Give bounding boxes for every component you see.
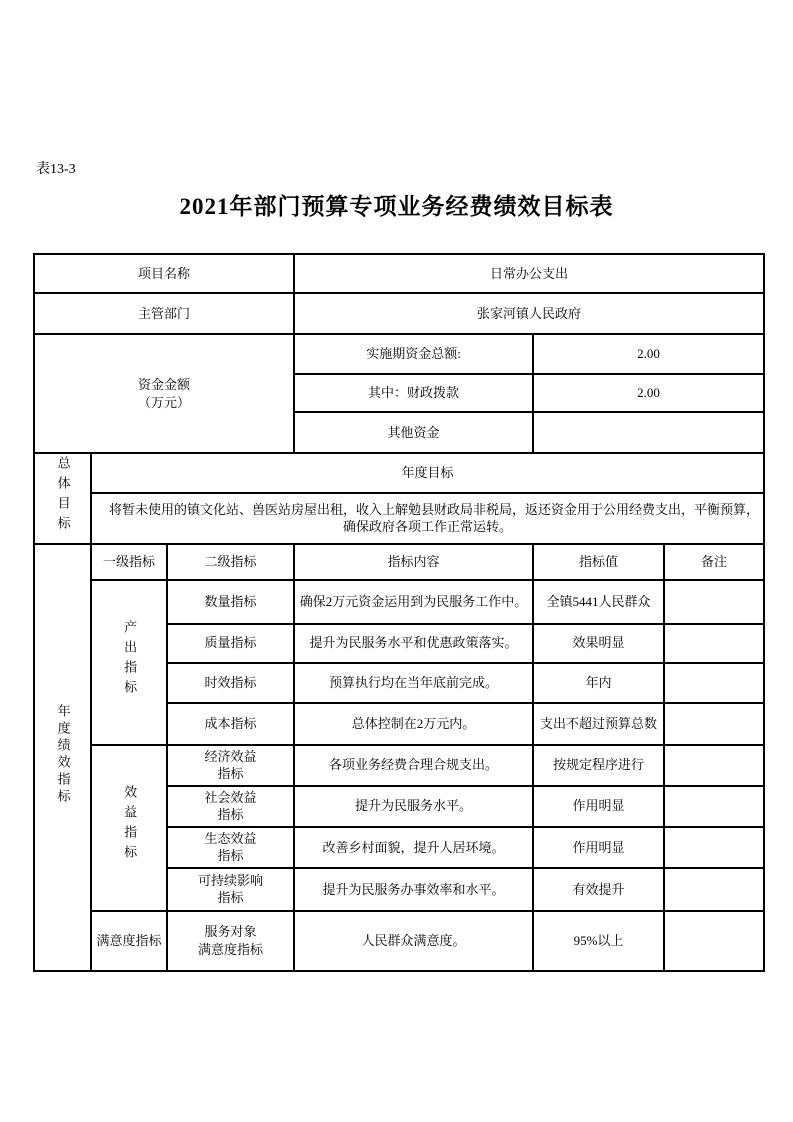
performance-target-table: 项目名称 日常办公支出 主管部门 张家河镇人民政府 资金金额 （万元） 实施期资… xyxy=(33,253,765,972)
annual-goal-text: 将暂未使用的镇文化站、兽医站房屋出租，收入上解勉县财政局非税局，返还资金用于公用… xyxy=(91,493,764,544)
annual-performance-vertical-text: 年度绩效指标 xyxy=(55,704,69,806)
output-indicator-vertical-text: 产出指标 xyxy=(122,620,136,700)
fund-fiscal-label: 其中：财政拨款 xyxy=(294,374,533,412)
indicator-content: 预算执行均在当年底前完成。 xyxy=(294,663,533,703)
annual-performance-label: 年度绩效指标 xyxy=(34,544,91,971)
indicator-level2: 社会效益 指标 xyxy=(167,786,294,827)
indicator-value: 效果明显 xyxy=(533,624,664,663)
indicator-value: 95%以上 xyxy=(533,911,664,971)
fund-other-label: 其他资金 xyxy=(294,412,533,453)
indicator-content: 提升为民服务水平和优惠政策落实。 xyxy=(294,624,533,663)
column-header-level1: 一级指标 xyxy=(91,544,167,580)
table-row: 总体目标 年度目标 xyxy=(34,453,764,493)
fund-other-value xyxy=(533,412,764,453)
indicator-value: 有效提升 xyxy=(533,868,664,911)
benefit-indicator-group-label: 效益指标 xyxy=(91,745,167,911)
indicator-remark xyxy=(664,745,764,786)
overall-goal-label: 总体目标 xyxy=(34,453,91,544)
indicator-level2: 生态效益 指标 xyxy=(167,827,294,868)
annual-goal-header: 年度目标 xyxy=(91,453,764,493)
indicator-remark xyxy=(664,624,764,663)
table-row: 满意度指标 服务对象 满意度指标 人民群众满意度。 95%以上 xyxy=(34,911,764,971)
benefit-indicator-vertical-text: 效益指标 xyxy=(122,785,136,865)
indicator-level2: 时效指标 xyxy=(167,663,294,703)
document-page: 表13-3 2021年部门预算专项业务经费绩效目标表 项目名称 日常办公支出 主… xyxy=(0,0,793,1122)
indicator-content: 提升为民服务办事效率和水平。 xyxy=(294,868,533,911)
column-header-content: 指标内容 xyxy=(294,544,533,580)
page-title: 2021年部门预算专项业务经费绩效目标表 xyxy=(0,188,793,221)
indicator-remark xyxy=(664,580,764,624)
indicator-remark xyxy=(664,911,764,971)
department-value: 张家河镇人民政府 xyxy=(294,293,764,334)
output-indicator-group-label: 产出指标 xyxy=(91,580,167,745)
department-label: 主管部门 xyxy=(34,293,294,334)
indicator-level2: 可持续影响 指标 xyxy=(167,868,294,911)
indicator-content: 确保2万元资金运用到为民服务工作中。 xyxy=(294,580,533,624)
indicator-remark xyxy=(664,703,764,745)
column-header-remark: 备注 xyxy=(664,544,764,580)
indicator-value: 作用明显 xyxy=(533,786,664,827)
table-row: 将暂未使用的镇文化站、兽医站房屋出租，收入上解勉县财政局非税局，返还资金用于公用… xyxy=(34,493,764,544)
indicator-value: 全镇5441人民群众 xyxy=(533,580,664,624)
table-row: 主管部门 张家河镇人民政府 xyxy=(34,293,764,334)
indicator-value: 按规定程序进行 xyxy=(533,745,664,786)
indicator-remark xyxy=(664,868,764,911)
indicator-content: 提升为民服务水平。 xyxy=(294,786,533,827)
indicator-remark xyxy=(664,827,764,868)
indicator-value: 年内 xyxy=(533,663,664,703)
table-row: 效益指标 经济效益 指标 各项业务经费合理合规支出。 按规定程序进行 xyxy=(34,745,764,786)
indicator-content: 人民群众满意度。 xyxy=(294,911,533,971)
table-row: 项目名称 日常办公支出 xyxy=(34,254,764,293)
indicator-remark xyxy=(664,663,764,703)
indicator-level2: 服务对象 满意度指标 xyxy=(167,911,294,971)
project-name-label: 项目名称 xyxy=(34,254,294,293)
fund-amount-label: 资金金额 （万元） xyxy=(34,334,294,453)
indicator-value: 作用明显 xyxy=(533,827,664,868)
indicator-content: 改善乡村面貌，提升人居环境。 xyxy=(294,827,533,868)
indicator-level2: 成本指标 xyxy=(167,703,294,745)
column-header-level2: 二级指标 xyxy=(167,544,294,580)
indicator-remark xyxy=(664,786,764,827)
sheet-label: 表13-3 xyxy=(36,158,76,178)
fund-total-label: 实施期资金总额: xyxy=(294,334,533,374)
fund-fiscal-value: 2.00 xyxy=(533,374,764,412)
satisfaction-indicator-group-label: 满意度指标 xyxy=(91,911,167,971)
fund-total-value: 2.00 xyxy=(533,334,764,374)
table-row: 资金金额 （万元） 实施期资金总额: 2.00 xyxy=(34,334,764,374)
indicator-level2: 数量指标 xyxy=(167,580,294,624)
column-header-value: 指标值 xyxy=(533,544,664,580)
indicator-content: 总体控制在2万元内。 xyxy=(294,703,533,745)
indicator-level2: 质量指标 xyxy=(167,624,294,663)
indicator-content: 各项业务经费合理合规支出。 xyxy=(294,745,533,786)
overall-goal-vertical-text: 总体目标 xyxy=(55,456,69,536)
table-row: 年度绩效指标 一级指标 二级指标 指标内容 指标值 备注 xyxy=(34,544,764,580)
table-row: 产出指标 数量指标 确保2万元资金运用到为民服务工作中。 全镇5441人民群众 xyxy=(34,580,764,624)
indicator-value: 支出不超过预算总数 xyxy=(533,703,664,745)
project-name-value: 日常办公支出 xyxy=(294,254,764,293)
indicator-level2: 经济效益 指标 xyxy=(167,745,294,786)
